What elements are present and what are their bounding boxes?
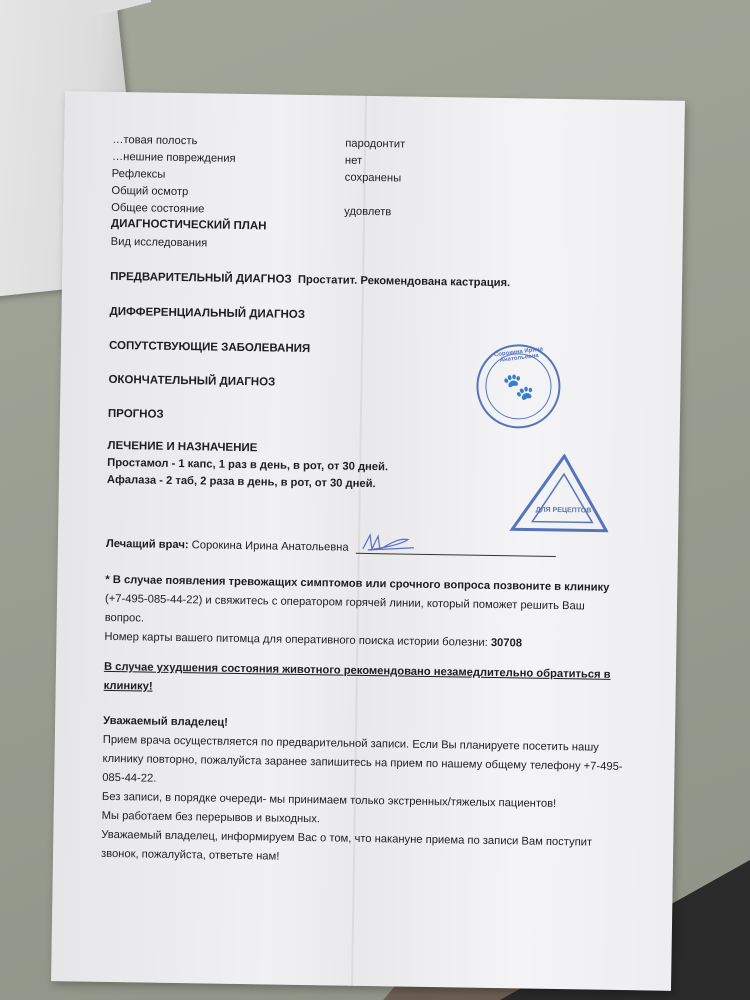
exam-row: Общее состояние [111,202,204,215]
triangle-stamp-text: ДЛЯ РЕЦЕПТОВ [536,507,592,515]
preliminary-diagnosis: ПРЕДВАРИТЕЛЬНЫЙ ДИАГНОЗ Простатит. Реком… [110,271,510,289]
exam-label: Общий осмотр [111,185,188,198]
doctor-stamp: Сорокина Ирина Анатольевна 🐾 [476,344,561,429]
urgent-note: * В случае появления тревожащих симптомо… [104,571,665,656]
exam-row: Рефлексы [112,168,166,181]
exam-value: удовлетв [344,206,391,219]
exam-label: …товая полость [112,134,197,147]
exam-value: сохранены [345,172,402,185]
prescription-stamp: ДЛЯ РЕЦЕПТОВ [508,453,609,535]
card-number: 30708 [491,637,522,649]
final-diagnosis-heading: ОКОНЧАТЕЛЬНЫЙ ДИАГНОЗ [108,374,275,389]
exam-label: Рефлексы [112,168,166,181]
diagnostic-plan-heading: ДИАГНОСТИЧЕСКИЙ ПЛАН [111,218,267,232]
preliminary-diagnosis-text: Простатит. Рекомендована кастрация. [298,274,510,289]
exam-row: …нешние повреждения [112,151,236,165]
exam-label: …нешние повреждения [112,151,236,165]
preliminary-diagnosis-heading: ПРЕДВАРИТЕЛЬНЫЙ ДИАГНОЗ [110,271,292,286]
signature-line [356,553,556,557]
treatment-heading: ЛЕЧЕНИЕ И НАЗНАЧЕНИЕ [107,440,257,454]
doctor-label: Лечащий врач: [106,538,189,551]
owner-info: Уважаемый владелец! Прием врача осуществ… [101,712,663,873]
worsening-warning: В случае ухудшения состояния животного р… [104,658,665,705]
doctor-signature [358,531,418,554]
exam-value: пародонтит [345,138,405,151]
treatment-item: Простамол - 1 капс, 1 раз в день, в рот,… [107,457,388,473]
medical-record-sheet: …товая полость пародонтит …нешние повреж… [51,91,685,991]
prognosis-heading: ПРОГНОЗ [108,408,164,421]
exam-row: Общий осмотр [111,185,188,198]
doctor-name: Сорокина Ирина Анатольевна [192,539,349,553]
differential-diagnosis-heading: ДИФФЕРЕНЦИАЛЬНЫЙ ДИАГНОЗ [109,306,305,321]
card-label: Номер карты вашего питомца для оперативн… [104,631,488,649]
record-content: …товая полость пародонтит …нешние повреж… [112,134,672,143]
exam-label: Общее состояние [111,202,204,215]
study-type-label: Вид исследования [111,236,208,250]
attending-doctor: Лечащий врач: Сорокина Ирина Анатольевна [106,538,556,557]
exam-value: нет [345,155,362,167]
concomitant-diseases-heading: СОПУТСТВУЮЩИЕ ЗАБОЛЕВАНИЯ [109,340,310,355]
exam-row: …товая полость [112,134,197,147]
treatment-item: Афалаза - 2 таб, 2 раза в день, в рот, о… [107,474,376,490]
